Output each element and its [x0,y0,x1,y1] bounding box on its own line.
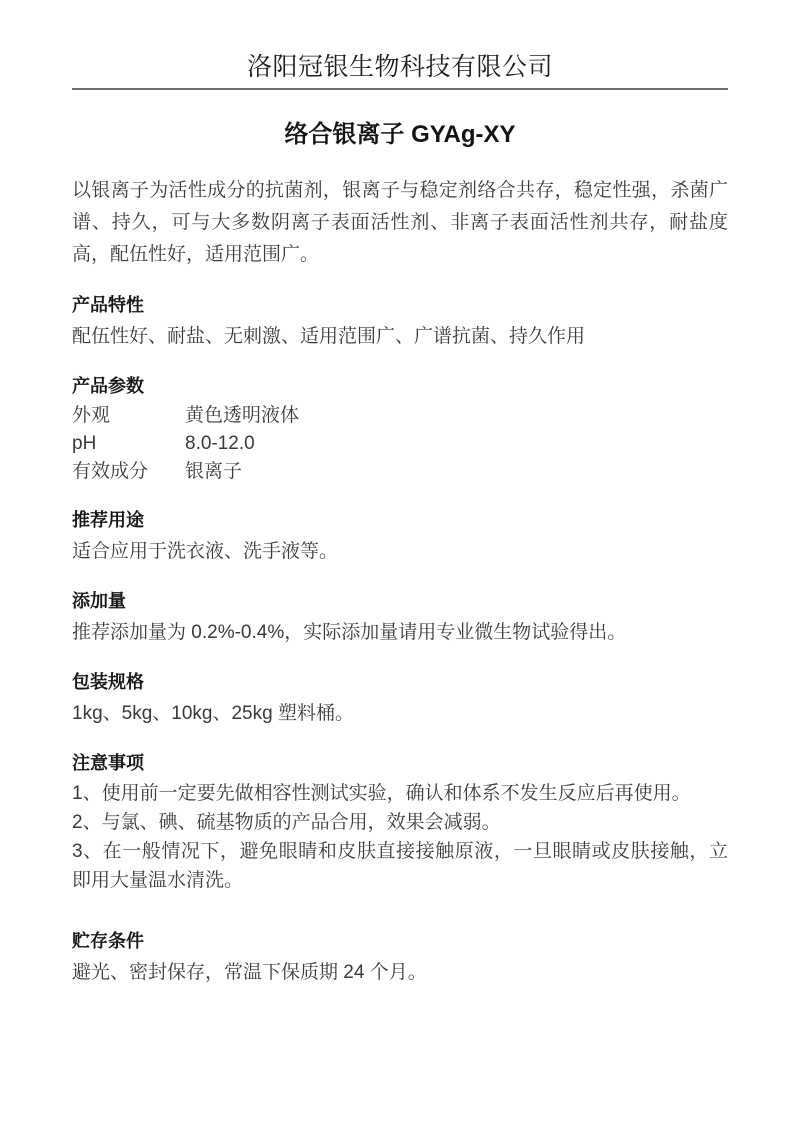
param-value: 黄色透明液体 [185,405,299,426]
storage-text: 避光、密封保存，常温下保质期 24 个月。 [72,957,728,988]
notes-item-2: 2、与氯、碘、硫基物质的产品合用，效果会减弱。 [72,808,728,837]
company-name: 洛阳冠银生物科技有限公司 [72,54,728,82]
document-header: 洛阳冠银生物科技有限公司 [72,54,728,90]
param-label: pH [72,430,185,458]
packaging-text: 1kg、5kg、10kg、25kg 塑料桶。 [72,698,728,729]
param-value: 银离子 [185,461,242,482]
param-row-ph: pH8.0-12.0 [72,430,728,458]
intro-paragraph: 以银离子为活性成分的抗菌剂，银离子与稳定剂络合共存，稳定性强，杀菌广谱、持久，可… [72,175,728,271]
dosage-text: 推荐添加量为 0.2%-0.4%，实际添加量请用专业微生物试验得出。 [72,617,728,648]
parameters-heading: 产品参数 [72,370,728,402]
product-title: 络合银离子 GYAg-XY [72,120,728,150]
features-text: 配伍性好、耐盐、无刺激、适用范围广、广谱抗菌、持久作用 [72,321,728,352]
section-notes: 注意事项 1、使用前一定要先做相容性测试实验，确认和体系不发生反应后再使用。 2… [72,747,728,895]
param-label: 外观 [72,402,185,430]
section-storage: 贮存条件 避光、密封保存，常温下保质期 24 个月。 [72,925,728,988]
param-value: 8.0-12.0 [185,433,255,454]
features-heading: 产品特性 [72,289,728,321]
storage-heading: 贮存条件 [72,925,728,957]
param-label: 有效成分 [72,458,185,486]
notes-item-1: 1、使用前一定要先做相容性测试实验，确认和体系不发生反应后再使用。 [72,779,728,808]
usage-heading: 推荐用途 [72,504,728,536]
param-row-appearance: 外观黄色透明液体 [72,402,728,430]
dosage-heading: 添加量 [72,585,728,617]
param-row-active-ingredient: 有效成分银离子 [72,458,728,486]
section-parameters: 产品参数 外观黄色透明液体 pH8.0-12.0 有效成分银离子 [72,370,728,486]
section-features: 产品特性 配伍性好、耐盐、无刺激、适用范围广、广谱抗菌、持久作用 [72,289,728,352]
section-packaging: 包装规格 1kg、5kg、10kg、25kg 塑料桶。 [72,666,728,729]
section-dosage: 添加量 推荐添加量为 0.2%-0.4%，实际添加量请用专业微生物试验得出。 [72,585,728,648]
notes-item-3: 3、在一般情况下，避免眼睛和皮肤直接接触原液，一旦眼睛或皮肤接触，立即用大量温水… [72,837,728,895]
header-divider [72,88,728,90]
section-usage: 推荐用途 适合应用于洗衣液、洗手液等。 [72,504,728,567]
packaging-heading: 包装规格 [72,666,728,698]
document-page: 洛阳冠银生物科技有限公司 络合银离子 GYAg-XY 以银离子为活性成分的抗菌剂… [0,0,800,1130]
usage-text: 适合应用于洗衣液、洗手液等。 [72,536,728,567]
notes-heading: 注意事项 [72,747,728,779]
